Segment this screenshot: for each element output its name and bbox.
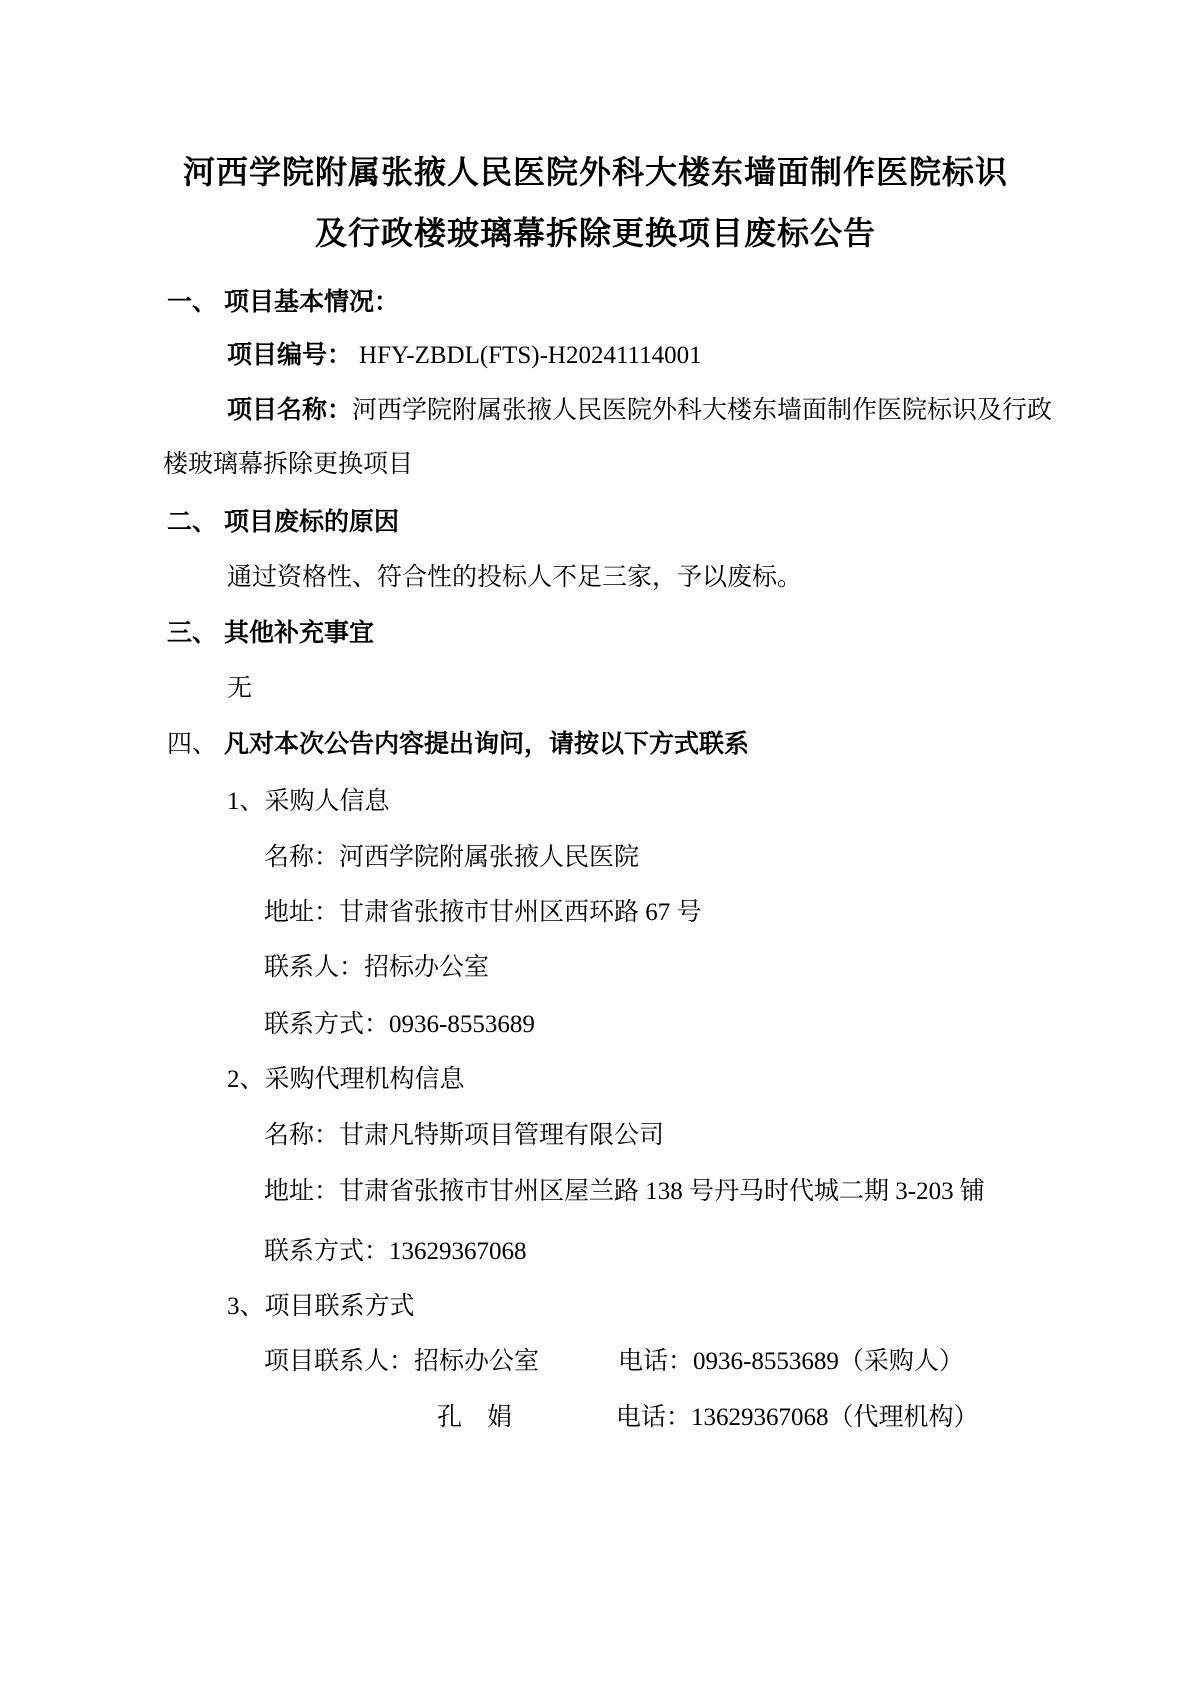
agency-address-label: 地址：: [264, 1178, 339, 1205]
agency-contact-person: 孔 娟: [437, 1400, 512, 1436]
project-number-row: 项目编号：HFY-ZBDL(FTS)-H20241114001: [227, 338, 702, 374]
purchaser-address-row: 地址：甘肃省张掖市甘州区西环路 67 号: [264, 895, 702, 931]
section-2-body: 通过资格性、符合性的投标人不足三家，予以废标。: [227, 560, 802, 596]
project-name-value-line1: 河西学院附属张掖人民医院外科大楼东墙面制作医院标识及行政: [352, 397, 1052, 424]
project-name-row: 项目名称：河西学院附属张掖人民医院外科大楼东墙面制作医院标识及行政: [227, 393, 1052, 429]
agency-phone-value: 13629367068: [389, 1238, 527, 1265]
agency-name-row: 名称：甘肃凡特斯项目管理有限公司: [264, 1118, 664, 1154]
project-number-value: HFY-ZBDL(FTS)-H20241114001: [359, 338, 702, 374]
purchaser-phone-value: 0936-8553689: [389, 1011, 535, 1038]
purchaser-contact-row: 联系人：招标办公室: [264, 950, 489, 986]
section-2-heading-text: 项目废标的原因: [224, 509, 399, 536]
section-2-heading: 二、项目废标的原因: [167, 505, 399, 541]
purchaser-address-label: 地址：: [264, 899, 339, 926]
doc-title-line2: 及行政楼玻璃幕拆除更换项目废标公告: [0, 211, 1191, 255]
agency-name-value: 甘肃凡特斯项目管理有限公司: [339, 1122, 664, 1149]
section-4-number: 四、: [167, 727, 217, 763]
section-3-heading-text: 其他补充事宜: [224, 620, 374, 647]
purchaser-contact-label: 联系人：: [264, 954, 364, 981]
agency-phone-row: 联系方式：13629367068: [264, 1234, 527, 1270]
project-name-value-line2: 楼玻璃幕拆除更换项目: [163, 447, 413, 483]
purchaser-address-value: 甘肃省张掖市甘州区西环路 67 号: [339, 899, 702, 926]
purchaser-name-label: 名称：: [264, 844, 339, 871]
project-contact-person-label: 项目联系人：: [264, 1348, 414, 1375]
section-1-number: 一、: [167, 285, 217, 321]
purchaser-name-row: 名称：河西学院附属张掖人民医院: [264, 840, 639, 876]
section-3-body: 无: [227, 671, 252, 707]
project-name-label: 项目名称：: [227, 397, 352, 424]
agency-phone-column: 电话：13629367068（代理机构）: [616, 1400, 979, 1436]
section-1-heading-text: 项目基本情况：: [224, 289, 399, 316]
section-4-heading-text: 凡对本次公告内容提出询问，请按以下方式联系: [224, 731, 749, 758]
project-contact-person-value: 招标办公室: [414, 1348, 539, 1375]
doc-title-line1: 河西学院附属张掖人民医院外科大楼东墙面制作医院标识: [0, 150, 1191, 194]
agency-address-value: 甘肃省张掖市甘州区屋兰路 138 号丹马时代城二期 3-203 铺: [339, 1178, 985, 1205]
project-contact-item-title: 3、项目联系方式: [227, 1289, 415, 1325]
agency-address-row: 地址：甘肃省张掖市甘州区屋兰路 138 号丹马时代城二期 3-203 铺: [264, 1174, 985, 1210]
project-contact-person-row: 项目联系人：招标办公室: [264, 1344, 539, 1380]
project-number-label: 项目编号：: [227, 342, 352, 369]
agency-name-label: 名称：: [264, 1122, 339, 1149]
section-3-number: 三、: [167, 616, 217, 652]
section-4-heading: 四、凡对本次公告内容提出询问，请按以下方式联系: [167, 727, 749, 763]
purchaser-phone-row: 联系方式：0936-8553689: [264, 1007, 535, 1043]
purchaser-phone-column: 电话：0936-8553689（采购人）: [618, 1344, 964, 1380]
purchaser-contact-value: 招标办公室: [364, 954, 489, 981]
purchaser-name-value: 河西学院附属张掖人民医院: [339, 844, 639, 871]
section-3-heading: 三、其他补充事宜: [167, 616, 374, 652]
document-page: 河西学院附属张掖人民医院外科大楼东墙面制作医院标识 及行政楼玻璃幕拆除更换项目废…: [0, 0, 1191, 1684]
agency-phone-label: 联系方式：: [264, 1238, 389, 1265]
section-2-number: 二、: [167, 505, 217, 541]
purchaser-item-title: 1、采购人信息: [227, 784, 390, 820]
section-1-heading: 一、项目基本情况：: [167, 285, 399, 321]
agency-item-title: 2、采购代理机构信息: [227, 1062, 465, 1098]
purchaser-phone-label: 联系方式：: [264, 1011, 389, 1038]
